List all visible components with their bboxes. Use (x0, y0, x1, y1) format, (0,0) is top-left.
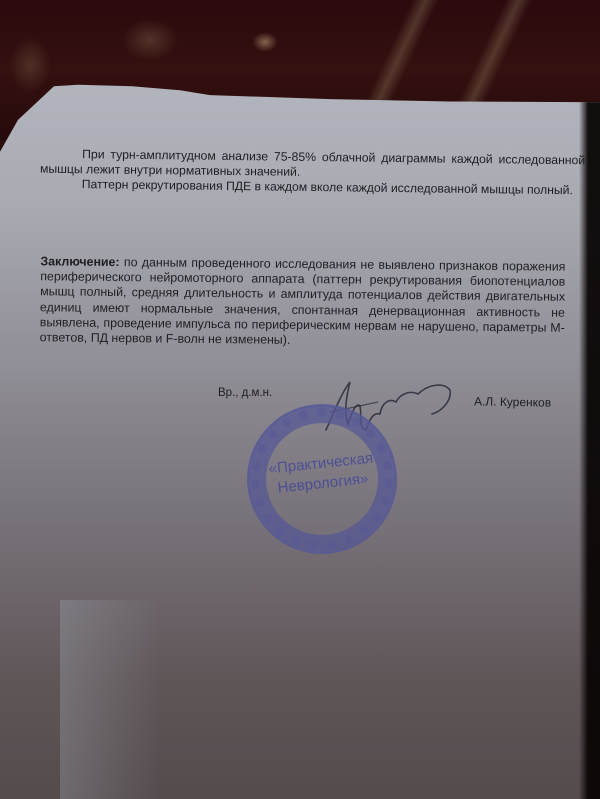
conclusion-block: Заключение: по данным проведенного иссле… (40, 254, 566, 351)
conclusion-label: Заключение: (40, 254, 119, 269)
round-stamp: «Практическая Неврология» (247, 404, 397, 554)
signature-title: Вр., д.м.н. (218, 386, 272, 401)
conclusion-text: по данным проведенного исследования не в… (40, 255, 566, 347)
signatory-name: А.Л. Куренков (474, 394, 551, 410)
findings-text: При турн-амплитудном анализе 75-85% обла… (40, 147, 586, 199)
paper-fold-highlight (60, 600, 160, 799)
